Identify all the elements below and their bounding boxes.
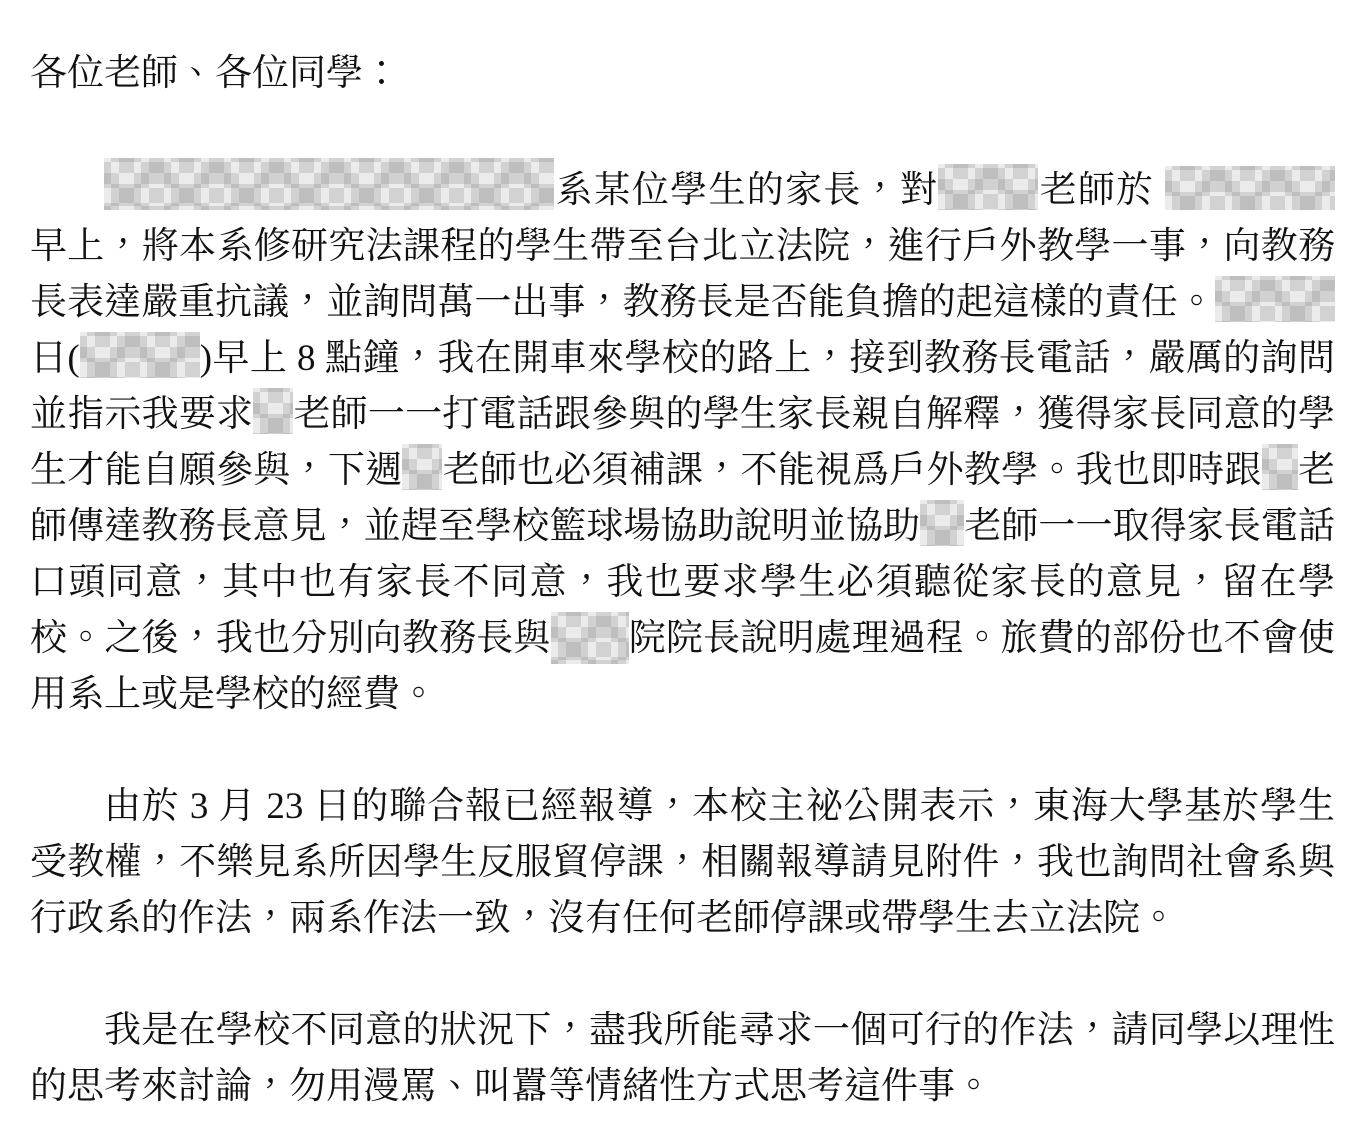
text-run: 早上，將本系修研究法課程的學生帶至台北立法院，進行戶外教學一事，向教務長表達嚴重… (30, 226, 1335, 323)
text-run: 日( (30, 338, 80, 379)
redaction-block (402, 444, 442, 490)
text-run: 系某位學生的家長，對 (554, 170, 938, 211)
letter-document: 各位老師、各位同學： 系某位學生的家長，對老師於 早上，將本系修研究法課程的學生… (0, 0, 1371, 1115)
text-run: 老師也必須補課，不能視爲戶外教學。我也即時跟 (442, 450, 1261, 491)
appeal-paragraph: 我是在學校不同意的狀況下，盡我所能尋求一個可行的作法，請同學以理性的思考來討論，… (30, 1003, 1335, 1115)
redaction-block (104, 158, 554, 210)
redaction-block (1262, 444, 1298, 490)
paragraphs: 系某位學生的家長，對老師於 早上，將本系修研究法課程的學生帶至台北立法院，進行戶… (30, 158, 1335, 1115)
text-run: 我是在學校不同意的狀況下，盡我所能尋求一個可行的作法，請同學以理性的思考來討論，… (30, 1010, 1335, 1107)
redaction-block (938, 164, 1038, 210)
redaction-block (551, 612, 629, 664)
news-paragraph: 由於 3 月 23 日的聯合報已經報導，本校主祕公開表示，東海大學基於學生受教權… (30, 779, 1335, 947)
incident-paragraph: 系某位學生的家長，對老師於 早上，將本系修研究法課程的學生帶至台北立法院，進行戶… (30, 158, 1335, 723)
text-run: 由於 3 月 23 日的聯合報已經報導，本校主祕公開表示，東海大學基於學生受教權… (30, 786, 1335, 939)
letter-page: { "page": { "background_color": "#ffffff… (0, 0, 1371, 1122)
redaction-block (253, 388, 293, 434)
text-run: 老師於 (1038, 170, 1165, 211)
salutation: 各位老師、各位同學： (30, 46, 1335, 102)
redaction-block (1215, 276, 1335, 322)
redaction-block (920, 500, 964, 546)
redaction-block (80, 332, 200, 378)
redaction-block (1165, 166, 1335, 210)
